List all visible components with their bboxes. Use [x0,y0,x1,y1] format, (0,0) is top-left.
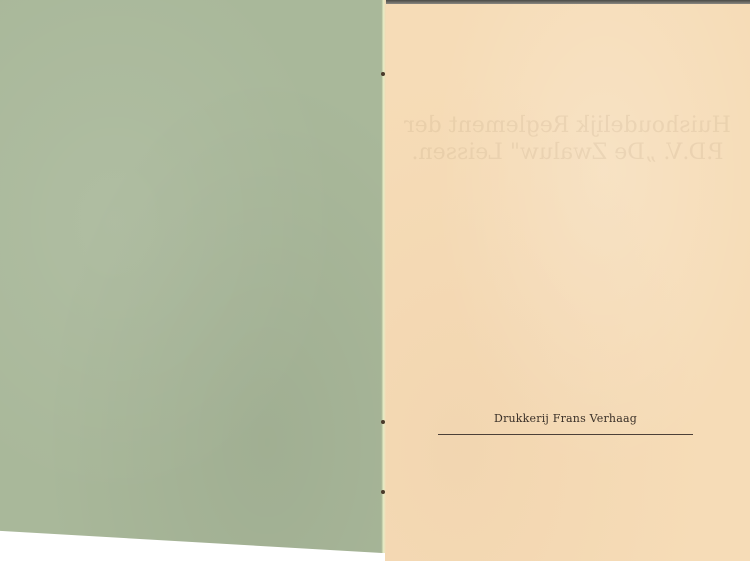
staple-icon [381,490,385,494]
printer-imprint: Drukkerij Frans Verhaag [438,412,693,425]
book-spine [381,0,386,553]
staple-icon [381,72,385,76]
right-page [385,4,750,561]
imprint-rule [438,434,693,435]
staple-icon [381,420,385,424]
left-page-green-cover [0,0,382,553]
